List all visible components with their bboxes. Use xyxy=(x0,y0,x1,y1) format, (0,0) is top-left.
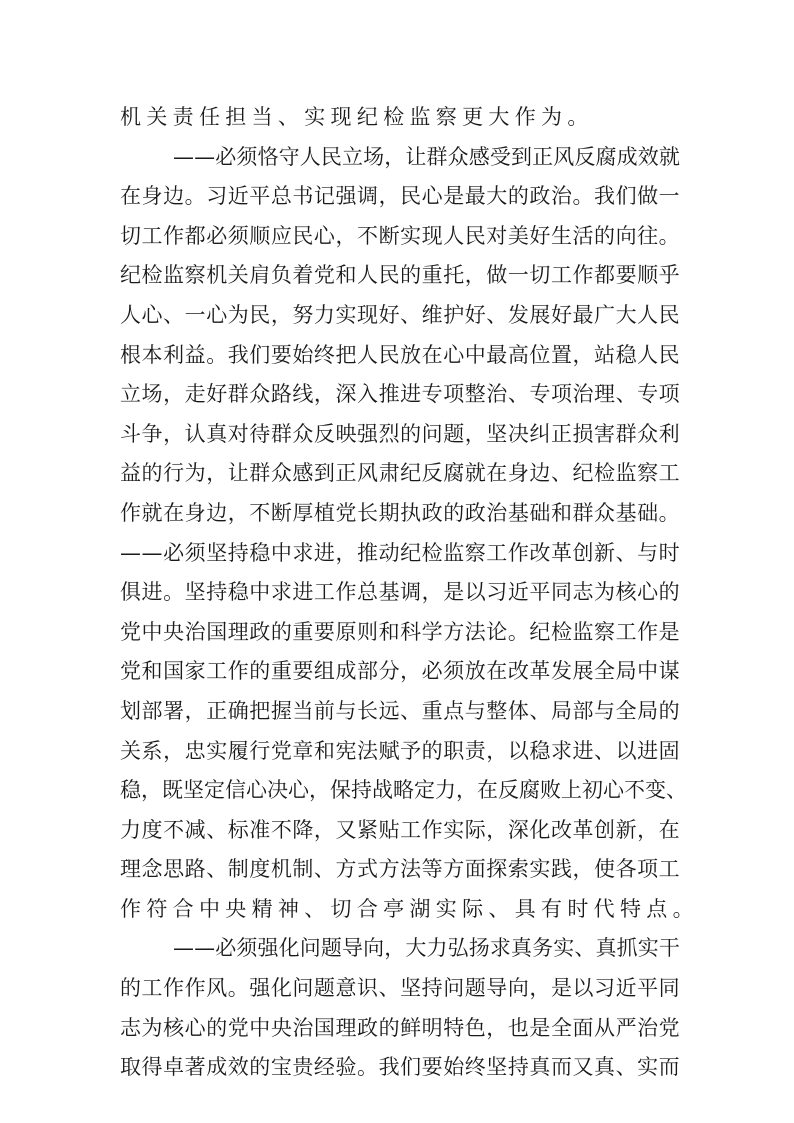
text-line: 益的行为，让群众感到正风肃纪反腐就在身边、纪检监察工 xyxy=(120,454,680,494)
text-line: ——必须恪守人民立场，让群众感受到正风反腐成效就 xyxy=(120,138,680,178)
text-line: 在身边。习近平总书记强调，民心是最大的政治。我们做一 xyxy=(120,177,680,217)
text-line: 纪检监察机关肩负着党和人民的重托，做一切工作都要顺乎 xyxy=(120,256,680,296)
text-line: 立场，走好群众路线，深入推进专项整治、专项治理、专项 xyxy=(120,375,680,415)
text-line: 力度不减、标准不降，又紧贴工作实际，深化改革创新，在 xyxy=(120,811,680,851)
text-line: 作符合中央精神、切合亭湖实际、具有时代特点。 xyxy=(120,890,680,930)
text-line: 党和国家工作的重要组成部分，必须放在改革发展全局中谋 xyxy=(120,652,680,692)
text-line: ——必须坚持稳中求进，推动纪检监察工作改革创新、与时 xyxy=(120,534,680,574)
text-line: 切工作都必须顺应民心，不断实现人民对美好生活的向往。 xyxy=(120,217,680,257)
text-line: 根本利益。我们要始终把人民放在心中最高位置，站稳人民 xyxy=(120,336,680,376)
text-line: 人心、一心为民，努力实现好、维护好、发展好最广大人民 xyxy=(120,296,680,336)
text-line: 关系，忠实履行党章和宪法赋予的职责，以稳求进、以进固 xyxy=(120,732,680,772)
text-line: 作就在身边，不断厚植党长期执政的政治基础和群众基础。 xyxy=(120,494,680,534)
text-line: ——必须强化问题导向，大力弘扬求真务实、真抓实干 xyxy=(120,929,680,969)
text-line: 俱进。坚持稳中求进工作总基调，是以习近平同志为核心的 xyxy=(120,573,680,613)
document-page: 机关责任担当、实现纪检监察更大作为。 ——必须恪守人民立场，让群众感受到正风反腐… xyxy=(0,0,794,1123)
text-line: 斗争，认真对待群众反映强烈的问题，坚决纠正损害群众利 xyxy=(120,415,680,455)
document-body: 机关责任担当、实现纪检监察更大作为。 ——必须恪守人民立场，让群众感受到正风反腐… xyxy=(120,98,680,1088)
text-line: 理念思路、制度机制、方式方法等方面探索实践，使各项工 xyxy=(120,850,680,890)
text-line: 的工作作风。强化问题意识、坚持问题导向，是以习近平同 xyxy=(120,969,680,1009)
text-line: 划部署，正确把握当前与长远、重点与整体、局部与全局的 xyxy=(120,692,680,732)
text-line: 稳，既坚定信心决心，保持战略定力，在反腐败上初心不变、 xyxy=(120,771,680,811)
text-line: 党中央治国理政的重要原则和科学方法论。纪检监察工作是 xyxy=(120,613,680,653)
text-line: 志为核心的党中央治国理政的鲜明特色，也是全面从严治党 xyxy=(120,1009,680,1049)
text-line: 机关责任担当、实现纪检监察更大作为。 xyxy=(120,98,680,138)
text-line: 取得卓著成效的宝贵经验。我们要始终坚持真而又真、实而 xyxy=(120,1048,680,1088)
